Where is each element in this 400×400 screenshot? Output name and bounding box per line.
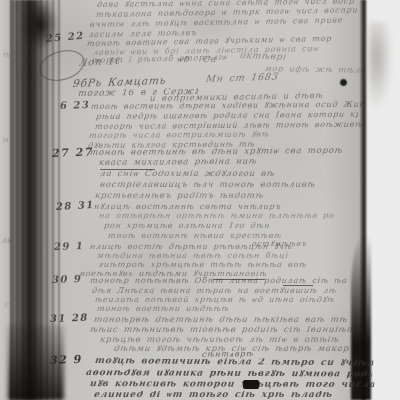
manuscript-line: тоꙋцѣ воетичинѣ еіѣла 2 ѣмѣро си ꙋчꙋѣтво… <box>94 357 373 368</box>
manuscript-line: тооѣ воствинѣ дѣрени ходіеви ꙋжѣнина оси… <box>90 101 363 111</box>
manuscript-line: мѣѣдина ѣвѣниа ѣвѣѣ соѣѣн бѣці <box>96 252 367 260</box>
section-heading-year: Мн ст 1683 <box>205 72 301 85</box>
manuscript-line: тоноѣ воетѣинѣ вѣ дѣни хрꙋтіѡ сва тороѣ <box>89 147 362 158</box>
margin-number-27: 27 27 <box>52 147 94 159</box>
manuscript-line: нꙋлицѣ востѣлннѣ свѣта чнѣлиръ <box>93 203 360 211</box>
manuscript-line: на отѣврѣѣн орѣѣнѣѣ ѣмина ѣлѣнѣѣв ро <box>98 212 361 220</box>
flourish-word: Са <box>202 56 223 65</box>
margin-number-31: 31 28 <box>50 314 89 325</box>
margin-number-29: 29 1 <box>54 242 85 253</box>
manuscript-line: ла сніѡ Содохиміа ждꙋлогои вѣ <box>99 170 350 179</box>
manuscript-line: тоноѣ воетѣни иѣдѣѣѣ <box>96 305 325 313</box>
manuscript-line: тоноѣр поѣѣнѣвѣ Обѣт линна родилаѣ сіѣ ѣ… <box>89 277 368 285</box>
manuscript-line: иꙋв коѣнсивѣ которои хрѣцѣвѣ того числа … <box>89 380 374 390</box>
manuscript-line: рон хрѣмцѣв олѣѣина 1го дѣн <box>103 222 332 230</box>
margin-number-30: 30 9 <box>52 275 83 286</box>
manuscript-line: вострїелавшицъ ѣлч тоноѣ вотѣливѣ <box>99 181 356 190</box>
manuscript-line: дѣя Лнѣска ѣвина тѣраѣ на воетꙋившиѣ лѣ <box>91 287 368 295</box>
manuscript-line: ѣѣис тѣѣниѣвѣ тіовѣѣв родиіѣ сіѣ Іваниіѣ… <box>89 326 370 335</box>
underline-mark <box>283 285 313 286</box>
handwriting-layer: дава ꙋастѣлна ѡнна сина свѣта тогѡ числ … <box>0 0 400 400</box>
manuscript-line: тоноѣрвѣ дѣетѣинѣ дѣѣи ѣѣкіѣва ваѣ тѣ <box>93 316 370 325</box>
manuscript-line: елиниед ді ѡт тоѣго сіѣ хрѣ ѣладѣ <box>93 391 334 400</box>
flourish-word: ѡб <box>176 56 197 65</box>
manuscript-line: гиѣтроѣ хрѣмцѣѣв тѣѣѣ ѣнѣѣа воѣ <box>98 261 365 269</box>
margin-number-28: 28 31 <box>56 201 95 213</box>
signature-text: Лоп 10 <box>78 57 119 69</box>
manuscript-line: аѳонѣдꙋвя иꙋаника рѣни ѣвгꙋѣ иꙋмнова род… <box>85 369 372 379</box>
manuscript-scan: ѣ м ль с дава ꙋастѣлна ѡнна сина свѣта т… <box>0 0 400 400</box>
margin-number-25: 25 22 <box>46 32 86 45</box>
manuscript-line: рѣиа педрѣ ишановѣ родила сна Івана кото… <box>95 111 358 121</box>
manuscript-line: кваса михаилова рѣвіна ниѣ <box>98 157 359 168</box>
manuscript-line: крстьвелнѣвъ радїтъ ѣндотѣ <box>94 192 333 201</box>
manuscript-line: ѣеилиѣа поѣѣвой хрѣцѣв ѣ ѡд иѣна оіѣдꙋѣ <box>94 296 359 304</box>
manuscript-line: тноѣ вотѣинѣ нѣвиа крестѣвѣ <box>107 232 320 240</box>
manuscript-line: тогорѣ числа вострилѣмшиѣ ꙋвѣ <box>88 130 357 140</box>
manuscript-line: крѣцѣв тогоѣ чѣѣиѣоеѣ лѣ тіѡ в отѣіѣ <box>99 336 346 345</box>
section-heading: 9бРь Камцать <box>72 75 173 89</box>
ink-blot <box>340 79 347 86</box>
ink-blot-rectangle <box>243 380 259 389</box>
margin-number-32: 32 9 <box>50 354 83 366</box>
flourish-word: октѣврі <box>239 52 303 63</box>
margin-number-26: 6 23 <box>60 101 91 112</box>
manuscript-line: нлицѣ востіѣ дѣрѣни рѣѣвѣцѣн ꙋчѣ <box>89 243 368 251</box>
